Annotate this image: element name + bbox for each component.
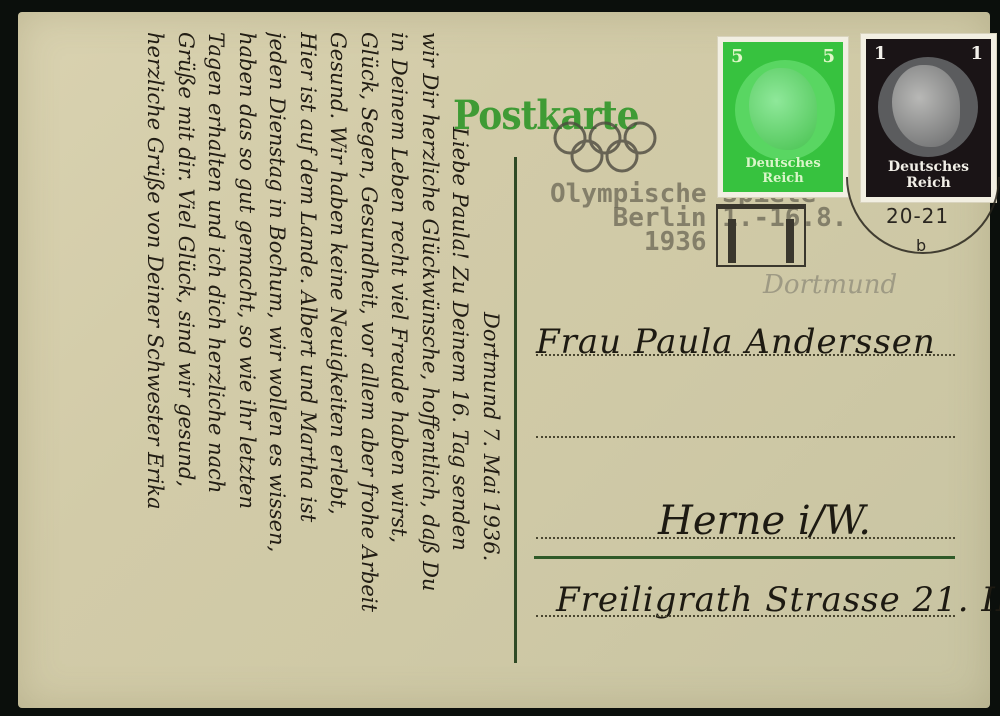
address-line (536, 436, 955, 438)
pencil-note: Dortmund (763, 270, 897, 300)
message-line: jeden Dienstag in Bochum, wir wollen es … (262, 32, 293, 712)
message-line: in Deinem Leben recht viel Freude haben … (384, 32, 415, 712)
message-line: Grüße mit dir. Viel Glück, sind wir gesu… (171, 32, 202, 712)
brandenburg-gate-icon (716, 204, 806, 267)
message-line: wir Dir herzliche Glückwünsche, hoffentl… (415, 32, 446, 712)
message-line: haben das so gut gemacht, so wie ihr let… (232, 32, 263, 712)
postcard: Postkarte Olympische Spiele Berlin 1.-16… (18, 12, 990, 708)
postmark-time: 20-21 (886, 204, 949, 228)
message-line: Hier ist auf dem Lande. Albert und Marth… (293, 32, 324, 712)
message-line: Glück, Segen, Gesundheit, vor allem aber… (354, 32, 385, 712)
vertical-divider (514, 157, 517, 663)
postmark-letter: b (916, 236, 926, 255)
address-line (536, 354, 955, 356)
message-line: Tagen erhalten und ich dich herzliche na… (201, 32, 232, 712)
address-line (536, 537, 955, 539)
stamp-1-pfennig: 1 1 Deutsches Reich (861, 34, 996, 202)
message-line: Gesund. Wir haben keine Neuigkeiten erle… (323, 32, 354, 712)
recipient-street: Freiligrath Strasse 21. III (556, 580, 1000, 620)
message-place-date: Dortmund 7. Mai 1936. (476, 32, 507, 712)
stamp-5-pfennig: 5 5 Deutsches Reich (718, 37, 848, 197)
olympic-rings-icon (550, 120, 660, 180)
address-line (536, 615, 955, 617)
message-greeting: Liebe Paula! Zu Deinem 16. Tag senden (445, 32, 476, 712)
message-line: herzliche Grüße von Deiner Schwester Eri… (140, 32, 171, 712)
stamp-label: Deutsches Reich (723, 156, 843, 186)
handwritten-message: Dortmund 7. Mai 1936. Liebe Paula! Zu De… (46, 32, 506, 712)
recipient-name: Frau Paula Anderssen (536, 322, 936, 362)
city-underline (534, 556, 955, 559)
